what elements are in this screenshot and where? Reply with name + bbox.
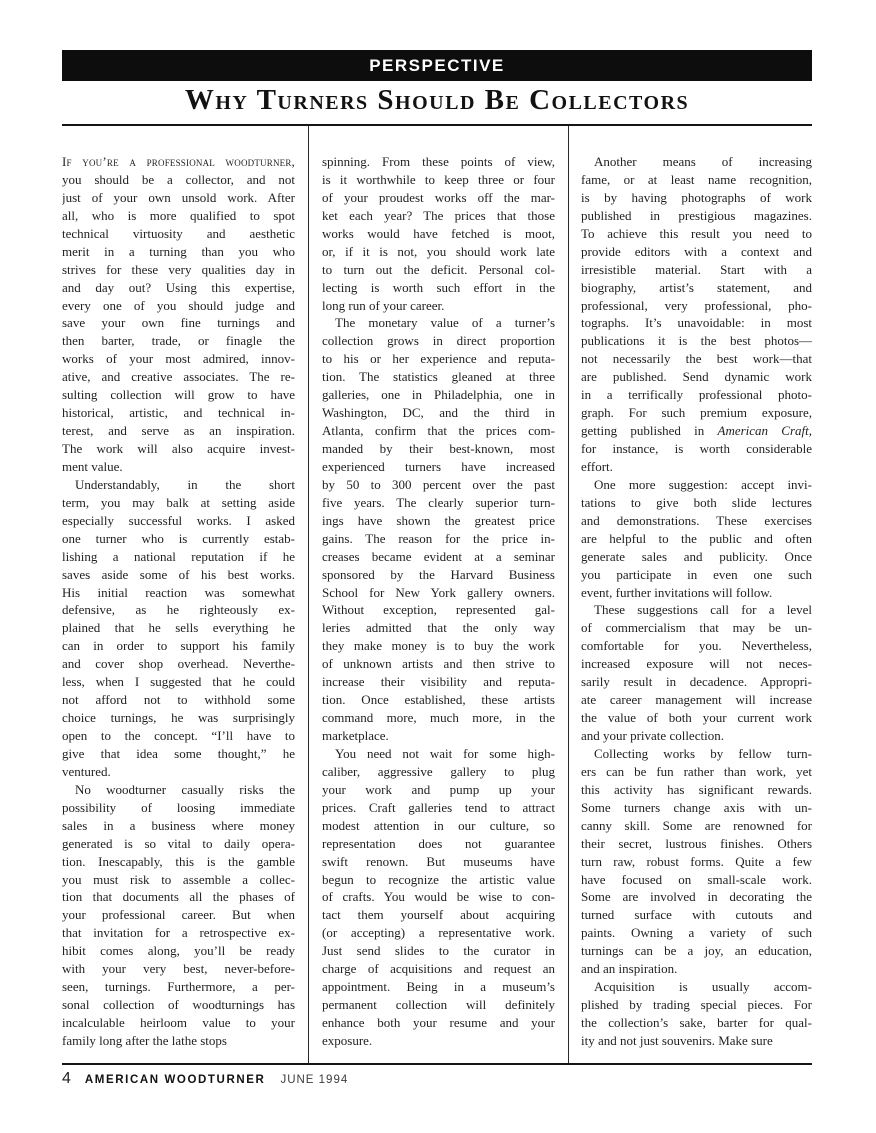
text-line: they make money is to buy the work: [322, 637, 555, 655]
text-line: of crafts. You would be wise to con-: [322, 888, 555, 906]
text-line: charge of acquisitions and request an: [322, 960, 555, 978]
text-line: give that idea some thought,” he: [62, 745, 295, 763]
text-line: every one of you should judge and: [62, 297, 295, 315]
text-line: one turner who is currently estab-: [62, 530, 295, 548]
text-line: technical virtuosity and aesthetic: [62, 225, 295, 243]
text-line: sulting collection will grow to have: [62, 386, 295, 404]
text-line: works would have fetched is moot,: [322, 225, 555, 243]
text-line: increase their visibility and reputa-: [322, 673, 555, 691]
text-line: These suggestions call for a level: [581, 601, 812, 619]
text-line: lishing a national reputation if he: [62, 548, 295, 566]
text-line: marketplace.: [322, 727, 555, 745]
text-line: works of your most admired, innov-: [62, 350, 295, 368]
text-line: less, when I suggested that he could: [62, 673, 295, 691]
page-footer: 4 AMERICAN WOODTURNER JUNE 1994: [62, 1070, 812, 1088]
text-line: can in order to support his family: [62, 637, 295, 655]
text-line: your work and pump up your: [322, 781, 555, 799]
text-line: your professional career. But when: [62, 906, 295, 924]
text-line: publications it is the best photos—: [581, 332, 812, 350]
text-line: fame, or at least name recognition,: [581, 171, 812, 189]
text-line: of commercialism that may be un-: [581, 619, 812, 637]
text-line: command more, much more, in the: [322, 709, 555, 727]
text-line: experienced turners have increased: [322, 458, 555, 476]
text-line: turnings can be a joy, an education,: [581, 942, 812, 960]
footer-rule: [62, 1063, 812, 1065]
text-line: you should be a collector, and not: [62, 171, 295, 189]
text-line: ment value.: [62, 458, 295, 476]
text-line: permanent collection will definitely: [322, 996, 555, 1014]
text-line: representation does not guarantee: [322, 835, 555, 853]
text-line: Another means of increasing: [581, 153, 812, 171]
text-line: turn raw, robust forms. Quite a few: [581, 853, 812, 871]
text-line: all, who is more qualified to spot: [62, 207, 295, 225]
text-column-2: spinning. From these points of view,is i…: [322, 126, 555, 1063]
page-number: 4: [62, 1070, 71, 1088]
text-line: ate career management will increase: [581, 691, 812, 709]
text-line: One more suggestion: accept invi-: [581, 476, 812, 494]
text-line: ers can be fun rather than work, yet: [581, 763, 812, 781]
banner-label: PERSPECTIVE: [369, 56, 505, 76]
text-line: their secret, lustrous finishes. Others: [581, 835, 812, 853]
text-line: Some turners change axis with un-: [581, 799, 812, 817]
text-line: just of your own unsold work. After: [62, 189, 295, 207]
text-line: ket each year? The prices that those: [322, 207, 555, 225]
text-line: canny skill. Some are renowned for: [581, 817, 812, 835]
text-line: the collection’s sake, barter for qual-: [581, 1014, 812, 1032]
text-line: provide editors with a context and: [581, 243, 812, 261]
text-line: Collecting works by fellow turn-: [581, 745, 812, 763]
text-line: open to the concept. “I’ll have to: [62, 727, 295, 745]
text-line: defensive, as he righteously ex-: [62, 601, 295, 619]
page-title: Why Turners Should Be Collectors: [62, 84, 812, 117]
text-line: merit in a turning than you who: [62, 243, 295, 261]
column-divider-2: [568, 126, 569, 1063]
text-line: tion. Inescapably, this is the gamble: [62, 853, 295, 871]
text-line: modest attention in our culture, so: [322, 817, 555, 835]
text-line: and day out? Using this expertise,: [62, 279, 295, 297]
text-line: lecting is worth such effort in the: [322, 279, 555, 297]
text-line: tion that documents all the phases of: [62, 888, 295, 906]
text-line: choice turnings, he was surprisingly: [62, 709, 295, 727]
text-line: with your very best, never-before-: [62, 960, 295, 978]
text-line: long run of your career.: [322, 297, 555, 315]
text-line: you must risk to assemble a collec-: [62, 871, 295, 889]
text-line: comfortable for you. Nevertheless,: [581, 637, 812, 655]
text-line: No woodturner casually risks the: [62, 781, 295, 799]
text-line: School for New York gallery owners.: [322, 584, 555, 602]
article-columns: If you’re a professional woodturner,you …: [62, 126, 812, 1063]
text-line: graph. For such premium exposure,: [581, 404, 812, 422]
text-line: then barter, trade, or finagle the: [62, 332, 295, 350]
text-line: ity and not just souvenirs. Make sure: [581, 1032, 812, 1050]
text-line: The monetary value of a turner’s: [322, 314, 555, 332]
text-line: family long after the lathe stops: [62, 1032, 295, 1050]
text-line: effort.: [581, 458, 812, 476]
text-line: five years. The clearly superior turn-: [322, 494, 555, 512]
text-line: irresistible material. Start with a: [581, 261, 812, 279]
text-line: historical, artistic, and technical in-: [62, 404, 295, 422]
text-line: Atlanta, confirm that the prices com-: [322, 422, 555, 440]
text-line: collection grows in direct proportion: [322, 332, 555, 350]
text-line: generated is so vital to daily opera-: [62, 835, 295, 853]
text-line: sonal collection of woodturnings has: [62, 996, 295, 1014]
text-line: appointment. Being in a museum’s: [322, 978, 555, 996]
text-line: is by having photographs of work: [581, 189, 812, 207]
text-line: tion. Once established, these artists: [322, 691, 555, 709]
text-line: Understandably, in the short: [62, 476, 295, 494]
text-line: of unknown artists and then strive to: [322, 655, 555, 673]
text-line: creases became evident at a seminar: [322, 548, 555, 566]
text-line: manded by their best-known, most: [322, 440, 555, 458]
text-line: Acquisition is usually accom-: [581, 978, 812, 996]
text-line: especially successful works. I asked: [62, 512, 295, 530]
text-line: turned surface with cutouts and: [581, 906, 812, 924]
text-line: hibit comes along, you’ll be ready: [62, 942, 295, 960]
magazine-name: AMERICAN WOODTURNER: [85, 1074, 266, 1086]
text-line: terest, and serve as an inspiration.: [62, 422, 295, 440]
text-line: saves aside some of his best works.: [62, 566, 295, 584]
text-line: sarily result in decadence. Appropri-: [581, 673, 812, 691]
text-line: to turn out the deficit. Personal col-: [322, 261, 555, 279]
text-line: tations to give both slide lectures: [581, 494, 812, 512]
text-line: not afford not to withhold some: [62, 691, 295, 709]
text-line: are helpful to the public and often: [581, 530, 812, 548]
text-line: and an inspiration.: [581, 960, 812, 978]
text-line: sales in a business where money: [62, 817, 295, 835]
text-line: Just send slides to the curator in: [322, 942, 555, 960]
text-line: increased exposure will not neces-: [581, 655, 812, 673]
text-column-1: If you’re a professional woodturner,you …: [62, 126, 295, 1063]
text-line: tographs. It’s unavoidable: in most: [581, 314, 812, 332]
text-line: published in prestigious magazines.: [581, 207, 812, 225]
text-line: event, further invitations will follow.: [581, 584, 812, 602]
text-line: gains. The reason for the price in-: [322, 530, 555, 548]
text-line: strives for these very qualities day in: [62, 261, 295, 279]
text-line: exposure.: [322, 1032, 555, 1050]
text-line: ative, and creative associates. The re-: [62, 368, 295, 386]
text-line: and cover shop overhead. Neverthe-: [62, 655, 295, 673]
text-column-3: Another means of increasingfame, or at l…: [581, 126, 812, 1063]
column-divider-1: [308, 126, 309, 1063]
text-line: incalculable heirloom value to your: [62, 1014, 295, 1032]
text-line: by 50 to 300 percent over the past: [322, 476, 555, 494]
text-line: tact them yourself about acquiring: [322, 906, 555, 924]
text-line: plished by trading special pieces. For: [581, 996, 812, 1014]
text-line: Without exception, represented gal-: [322, 601, 555, 619]
text-line: His initial reaction was somewhat: [62, 584, 295, 602]
text-line: you participate in even one such: [581, 566, 812, 584]
text-line: swift renown. But museums have: [322, 853, 555, 871]
text-line: or, if it is not, you should work late: [322, 243, 555, 261]
text-line: begun to recognize the artistic value: [322, 871, 555, 889]
text-line: generate sales and publicity. Once: [581, 548, 812, 566]
text-line: have focused on small-scale work.: [581, 871, 812, 889]
text-line: prices. Craft galleries tend to attract: [322, 799, 555, 817]
text-line: caliber, aggressive gallery to plug: [322, 763, 555, 781]
text-line: the value of both your current work: [581, 709, 812, 727]
text-line: of your proudest works off the mar-: [322, 189, 555, 207]
text-line: biography, artist’s statement, and: [581, 279, 812, 297]
text-line: (or accepting) a representative work.: [322, 924, 555, 942]
text-line: for instance, is worth considerable: [581, 440, 812, 458]
text-line: leries admitted that the only way: [322, 619, 555, 637]
text-line: seen, turnings. Furthermore, a per-: [62, 978, 295, 996]
text-line: ings have shown the greatest price: [322, 512, 555, 530]
text-line: to his or her experience and reputa-: [322, 350, 555, 368]
text-line: and your private collection.: [581, 727, 812, 745]
text-line: If you’re a professional woodturner,: [62, 153, 295, 171]
text-line: spinning. From these points of view,: [322, 153, 555, 171]
text-line: enhance both your resume and your: [322, 1014, 555, 1032]
text-line: not necessarily the best work—that: [581, 350, 812, 368]
text-line: professional, very professional, pho-: [581, 297, 812, 315]
text-line: The work will also acquire invest-: [62, 440, 295, 458]
text-line: Some are involved in decorating the: [581, 888, 812, 906]
issue-date: JUNE 1994: [280, 1074, 348, 1086]
text-line: that invitation for a retrospective ex-: [62, 924, 295, 942]
text-line: tion. The statistics gleaned at three: [322, 368, 555, 386]
text-line: are published. Send dynamic work: [581, 368, 812, 386]
text-line: possibility of loosing immediate: [62, 799, 295, 817]
text-line: To achieve this result you need to: [581, 225, 812, 243]
perspective-banner: PERSPECTIVE: [62, 50, 812, 81]
text-line: is it worthwhile to keep three or four: [322, 171, 555, 189]
text-line: in a terrifically professional photo-: [581, 386, 812, 404]
text-line: galleries, one in Philadelphia, one in: [322, 386, 555, 404]
text-line: Washington, DC, and the third in: [322, 404, 555, 422]
text-line: plained that he sells everything he: [62, 619, 295, 637]
text-line: and demonstrations. These exercises: [581, 512, 812, 530]
text-line: term, you may balk at setting aside: [62, 494, 295, 512]
text-line: sponsored by the Harvard Business: [322, 566, 555, 584]
text-line: getting published in American Craft,: [581, 422, 812, 440]
text-line: save your own fine turnings and: [62, 314, 295, 332]
text-line: ventured.: [62, 763, 295, 781]
text-line: You need not wait for some high-: [322, 745, 555, 763]
text-line: this activity has significant rewards.: [581, 781, 812, 799]
text-line: paints. Owning a variety of such: [581, 924, 812, 942]
